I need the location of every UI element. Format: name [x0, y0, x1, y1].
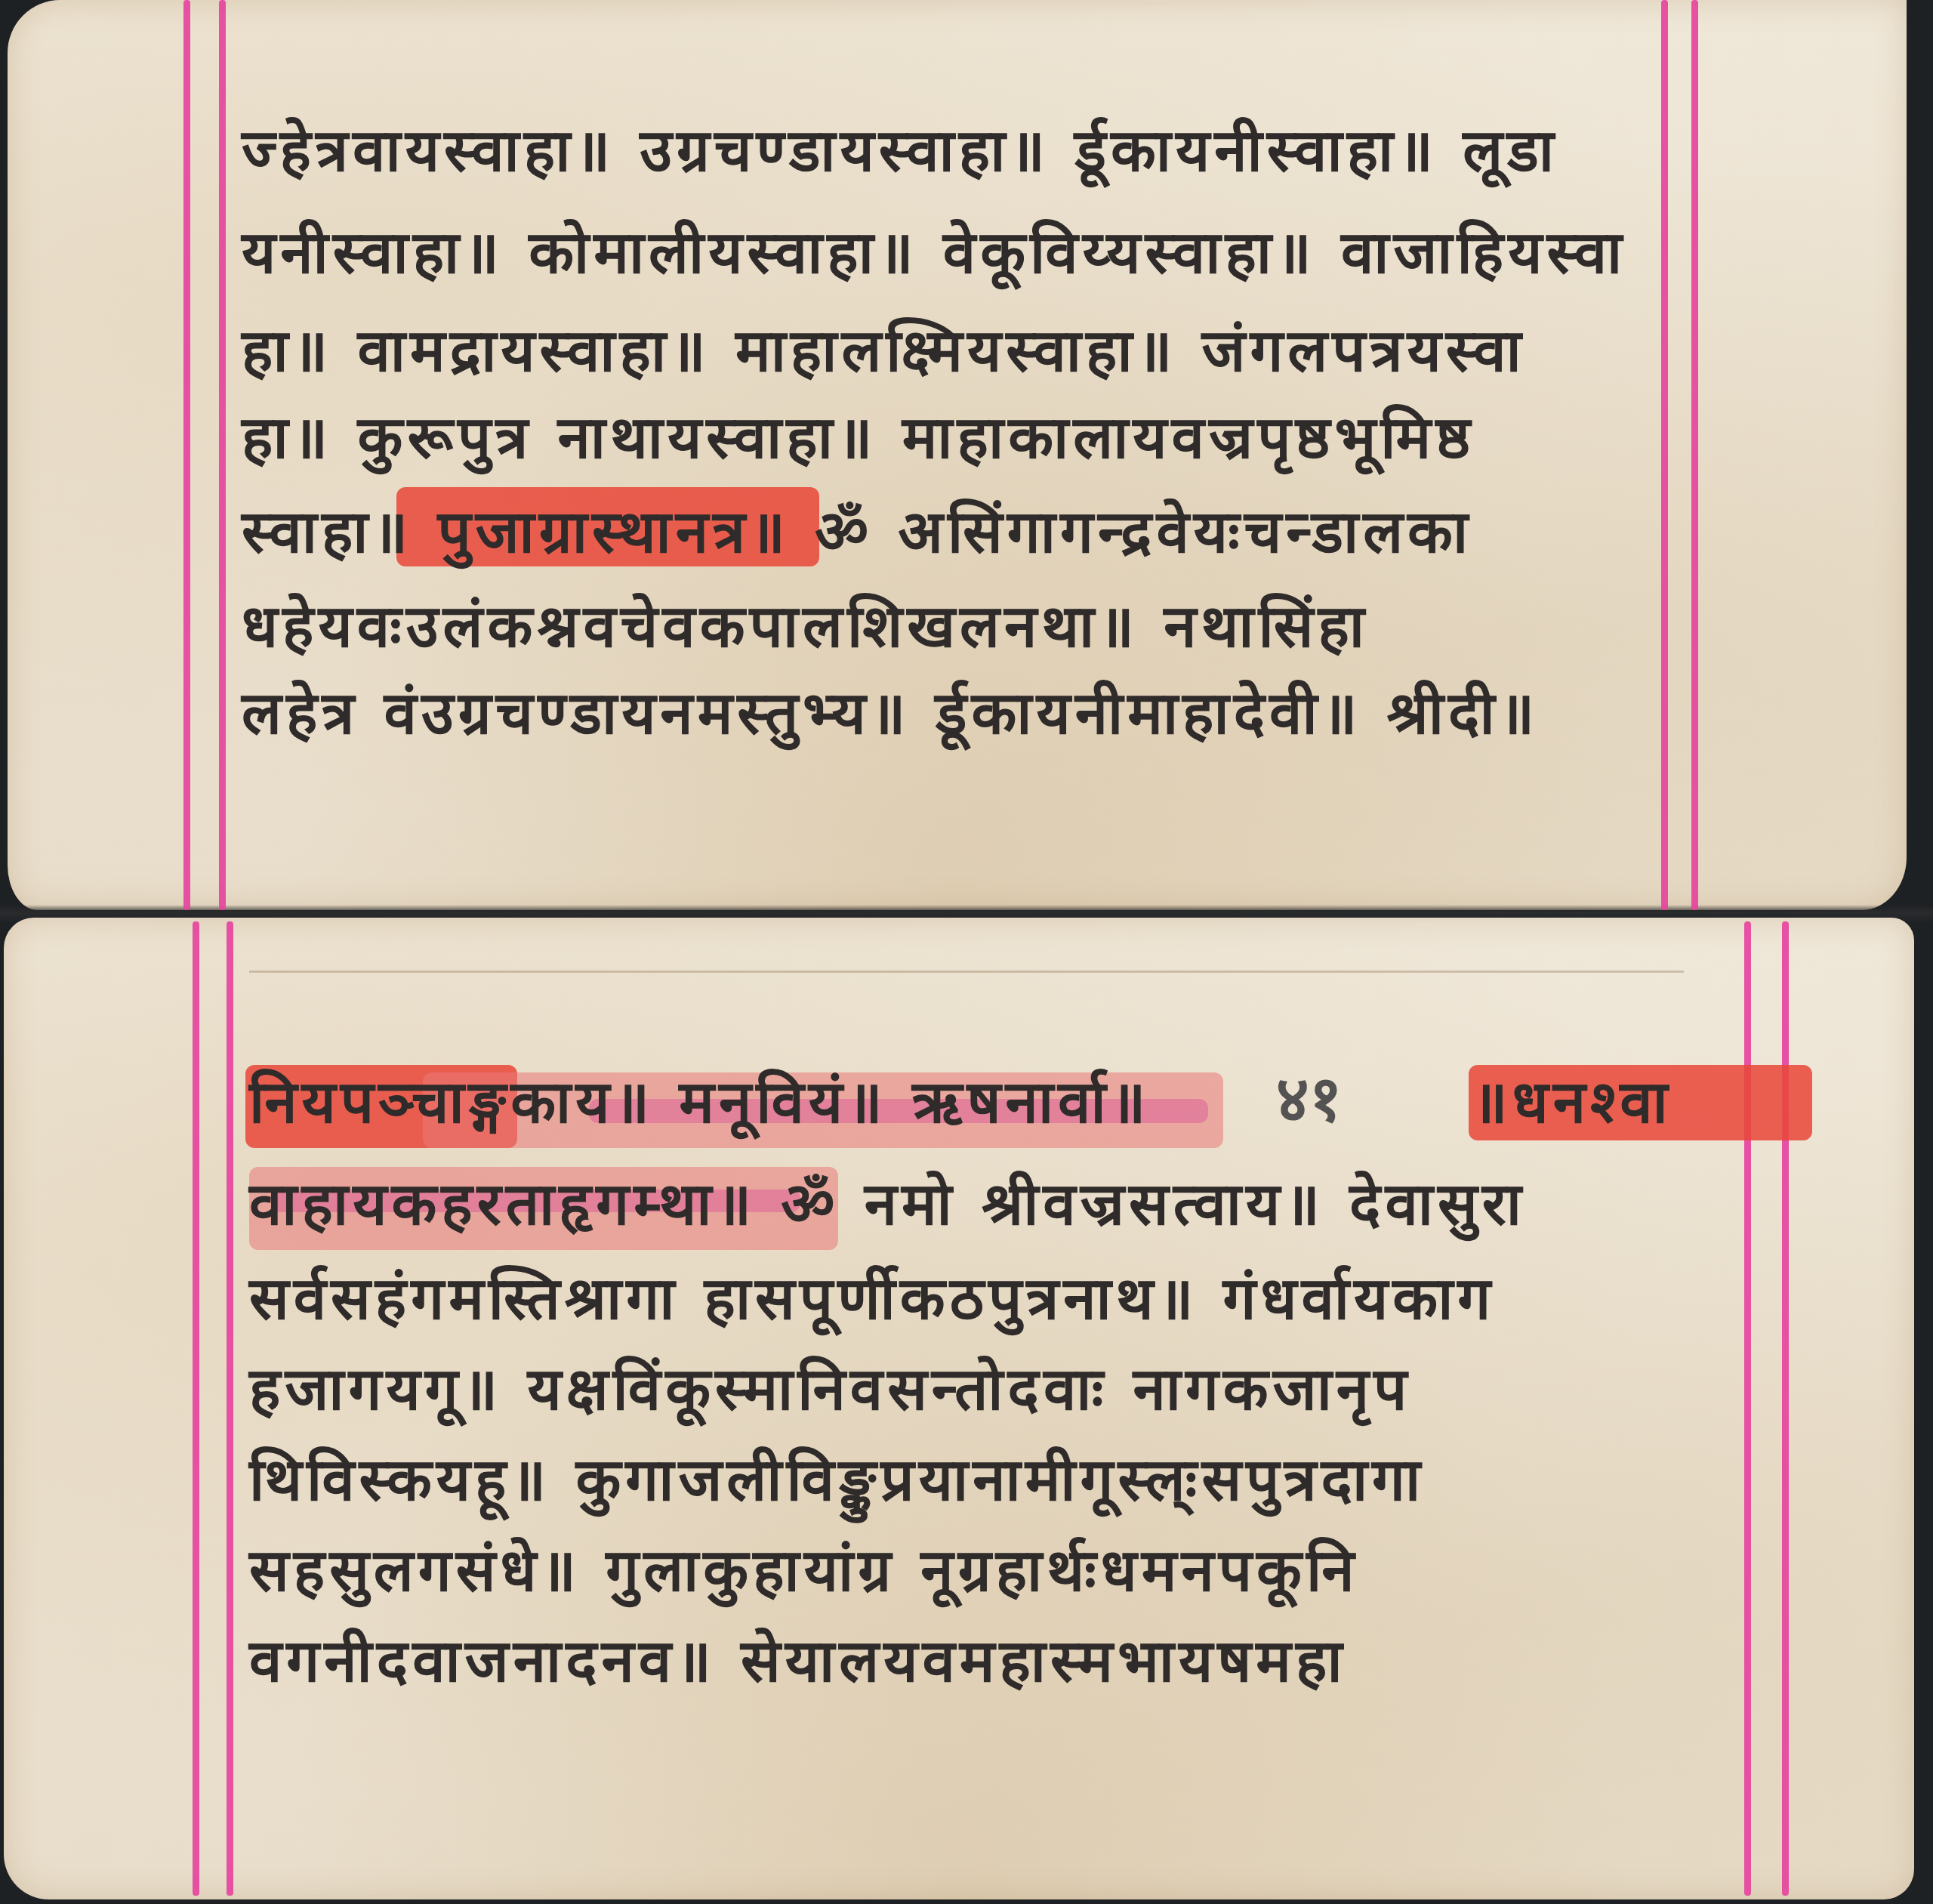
manuscript-line: हजागयगू॥ यक्षविंकूस्मानिवसन्तोदवाः नागकज… — [249, 1352, 1411, 1427]
manuscript-line: सहसुलगसंधे॥ गुलाकुहायांग्र नूग्रहार्थःधम… — [249, 1533, 1358, 1609]
manuscript-line: यनीस्वाहा॥ कोमालीयस्वाहा॥ वेकूविय्यस्वाह… — [242, 215, 1626, 291]
manuscript-line: धहेयवःउलंकश्नवचेवकपालशिखलनथा॥ नथासिंहा — [242, 589, 1369, 665]
left-margin-rule-outer-lower — [193, 921, 199, 1896]
folio-number: ४१ — [1276, 1061, 1342, 1137]
manuscript-line: ज्हेत्रवायस्वाहा॥ उग्रचण्डायस्वाहा॥ र्डू… — [242, 113, 1558, 189]
paper-crease — [249, 971, 1684, 973]
manuscript-line: लहेत्र वंउग्रचण्डायनमस्तुभ्य॥ र्डूकायनीम… — [242, 676, 1539, 751]
left-margin-rule-outer — [183, 0, 190, 910]
right-margin-rule-outer — [1691, 0, 1698, 910]
manuscript-line: नियपञ्चाङ्गकाय॥ मनूवियं॥ ऋषनार्वा॥ — [249, 1065, 1150, 1140]
manuscript-line: हा॥ कुरूपुत्र नाथायस्वाहा॥ माहाकालायवज्र… — [242, 400, 1475, 476]
manuscript-line: वगनीदवाजनादनव॥ सेयालयवमहास्मभायषमहा — [249, 1624, 1347, 1699]
right-margin-rule-inner — [1661, 0, 1668, 910]
manuscript-line: थिविस्कयहू॥ कुगाजलीविङ्कुप्रयानामीगूस्ल्… — [249, 1443, 1425, 1518]
manuscript-line: सर्वसहंगमस्तिश्रागा हासपूर्णीकठपुत्रनाथ॥… — [249, 1261, 1495, 1337]
manuscript-line: स्वाहा॥ पुजाग्रास्थानत्र॥ ॐ असिंगागन्द्र… — [242, 495, 1472, 570]
manuscript-line: वाहायकहरताहृगम्था॥ ॐ नमो श्रीवज्रसत्वाय॥… — [249, 1167, 1526, 1242]
left-margin-rule-inner-lower — [227, 921, 233, 1896]
left-margin-rule-inner — [219, 0, 226, 910]
manuscript-line: हा॥ वामद्रायस्वाहा॥ माहालक्ष्मियस्वाहा॥ … — [242, 313, 1526, 389]
manuscript-line-rubric-right: ॥धनश्वा — [1472, 1065, 1672, 1140]
